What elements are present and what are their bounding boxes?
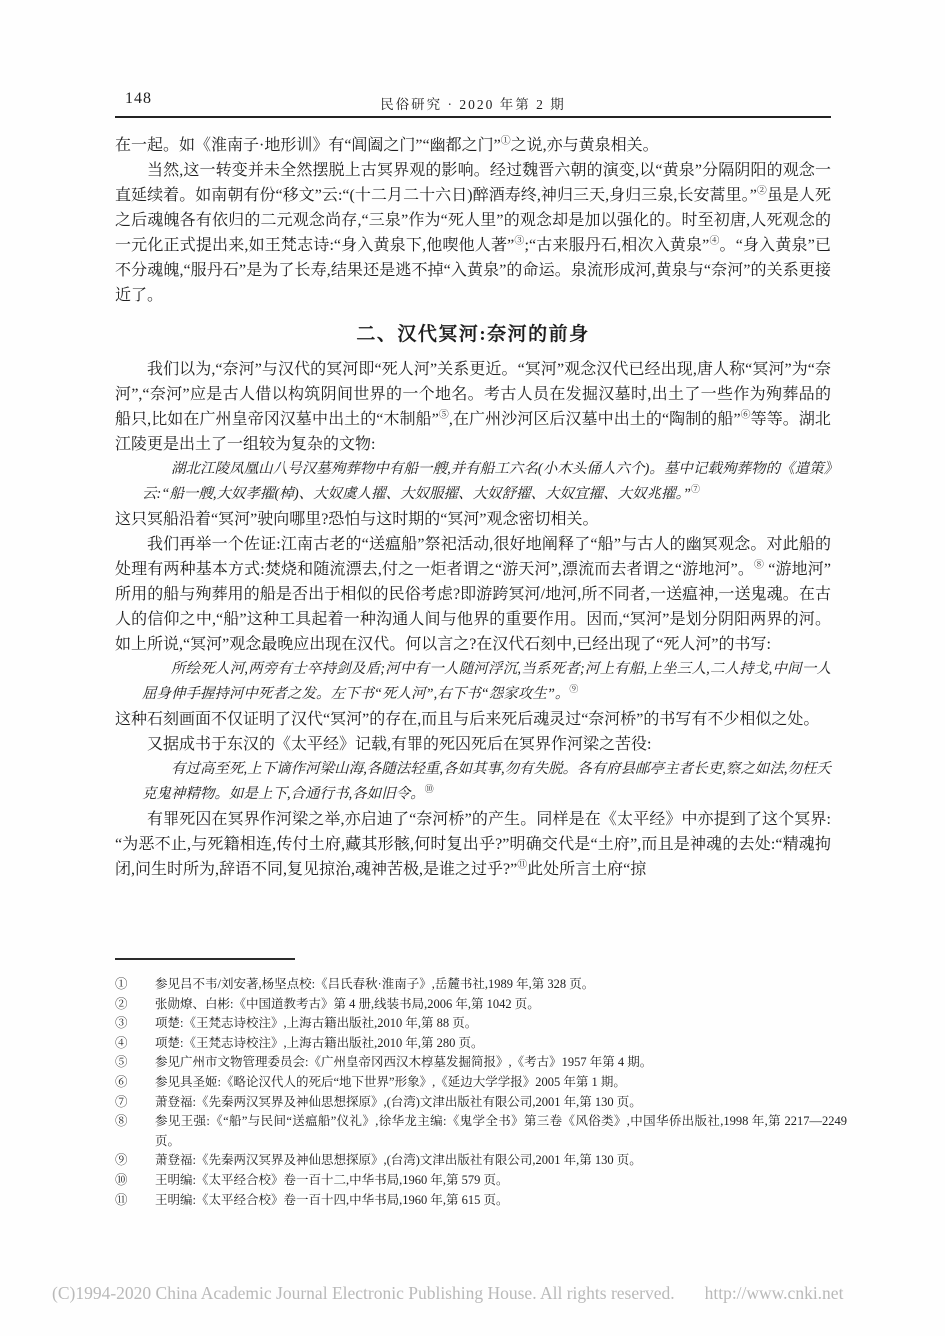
footnote-section: ①参见吕不韦/刘安著,杨坚点校:《吕氏春秋·淮南子》,岳麓书社,1989 年,第…	[115, 958, 847, 1210]
footnote-text: 张勋燎、白彬:《中国道教考古》第 4 册,线装书局,2006 年,第 1042 …	[155, 995, 847, 1015]
footnote-text: 王明编:《太平经合校》卷一百十四,中华书局,1960 年,第 615 页。	[155, 1191, 847, 1211]
running-header: 148 民俗研究 · 2020 年第 2 期	[115, 88, 831, 118]
footnote-number: ⑥	[115, 1073, 155, 1093]
footnote-number: ①	[115, 975, 155, 995]
journal-title: 民俗研究 · 2020 年第 2 期	[115, 93, 831, 113]
footnote-text: 项楚:《王梵志诗校注》,上海古籍出版社,2010 年,第 88 页。	[155, 1014, 847, 1034]
footnote-item: ⑧参见王强:《“船”与民间“送瘟船”仪礼》,徐华龙主编:《鬼学全书》第三卷《风俗…	[115, 1112, 847, 1151]
footnote-ref: ②	[757, 186, 767, 197]
footnote-text: 项楚:《王梵志诗校注》,上海古籍出版社,2010 年,第 280 页。	[155, 1034, 847, 1054]
footnote-number: ⑤	[115, 1053, 155, 1073]
copyright-text: (C)1994-2020 China Academic Journal Elec…	[52, 1283, 675, 1304]
footnote-number: ⑦	[115, 1093, 155, 1113]
footnote-text: 参见广州市文物管理委员会:《广州皇帝冈西汉木椁墓发掘简报》,《考古》1957 年…	[155, 1053, 847, 1073]
paragraph: 这种石刻画面不仅证明了汉代“冥河”的存在,而且与后来死后魂灵过“奈河桥”的书写有…	[115, 707, 831, 732]
section-heading: 二、汉代冥河:奈河的前身	[115, 322, 831, 347]
article-body: 在一起。如《淮南子·地形训》有“阊阖之门”“幽都之门”①之说,亦与黄泉相关。当然…	[115, 133, 831, 882]
paragraph: 又据成书于东汉的《太平经》记载,有罪的死囚死后在冥界作河梁之苦役:	[115, 732, 831, 757]
footnote-ref: ⑧	[754, 560, 764, 571]
footnote-text: 萧登福:《先秦两汉冥界及神仙思想探原》,(台湾)文津出版社有限公司,2001 年…	[155, 1093, 847, 1113]
paragraph: 这只冥船沿着“冥河”驶向哪里?恐怕与这时期的“冥河”观念密切相关。	[115, 507, 831, 532]
footnote-number: ⑧	[115, 1112, 155, 1151]
footnote-item: ⑥参见具圣姬:《略论汉代人的死后“地下世界”形象》,《延边大学学报》2005 年…	[115, 1073, 847, 1093]
footnote-text: 王明编:《太平经合校》卷一百十二,中华书局,1960 年,第 579 页。	[155, 1171, 847, 1191]
footnote-ref: ⑨	[569, 684, 578, 694]
paragraph: 在一起。如《淮南子·地形训》有“阊阖之门”“幽都之门”①之说,亦与黄泉相关。	[115, 133, 831, 158]
paragraph: 我们再举一个佐证:江南古老的“送瘟船”祭祀活动,很好地阐释了“船”与古人的幽冥观…	[115, 532, 831, 657]
footnote-ref: ⑪	[517, 860, 527, 871]
footnote-ref: ⑩	[425, 784, 434, 794]
footnote-item: ③项楚:《王梵志诗校注》,上海古籍出版社,2010 年,第 88 页。	[115, 1014, 847, 1034]
footnote-item: ⑨萧登福:《先秦两汉冥界及神仙思想探原》,(台湾)文津出版社有限公司,2001 …	[115, 1151, 847, 1171]
footnote-text: 萧登福:《先秦两汉冥界及神仙思想探原》,(台湾)文津出版社有限公司,2001 年…	[155, 1151, 847, 1171]
footnote-item: ④项楚:《王梵志诗校注》,上海古籍出版社,2010 年,第 280 页。	[115, 1034, 847, 1054]
paragraph: 当然,这一转变并未全然摆脱上古冥界观的影响。经过魏晋六朝的演变,以“黄泉”分隔阴…	[115, 158, 831, 308]
footnote-separator	[115, 958, 295, 960]
footnote-ref: ③	[514, 236, 524, 247]
footnote-number: ⑪	[115, 1191, 155, 1211]
footnote-ref: ①	[501, 136, 511, 147]
footnote-list: ①参见吕不韦/刘安著,杨坚点校:《吕氏春秋·淮南子》,岳麓书社,1989 年,第…	[115, 975, 847, 1210]
footnote-text: 参见吕不韦/刘安著,杨坚点校:《吕氏春秋·淮南子》,岳麓书社,1989 年,第 …	[155, 975, 847, 995]
paragraph: 我们以为,“奈河”与汉代的冥河即“死人河”关系更近。“冥河”观念汉代已经出现,唐…	[115, 357, 831, 457]
journal-page: 148 民俗研究 · 2020 年第 2 期 在一起。如《淮南子·地形训》有“阊…	[0, 0, 945, 1336]
footnote-text: 参见王强:《“船”与民间“送瘟船”仪礼》,徐华龙主编:《鬼学全书》第三卷《风俗类…	[155, 1112, 847, 1151]
footnote-number: ④	[115, 1034, 155, 1054]
block-quote: 有过高至死,上下谪作河梁山海,各随法轻重,各如其事,勿有失脱。各有府县邮亭主者长…	[115, 757, 831, 807]
footnote-item: ①参见吕不韦/刘安著,杨坚点校:《吕氏春秋·淮南子》,岳麓书社,1989 年,第…	[115, 975, 847, 995]
footnote-ref: ⑤	[439, 410, 449, 421]
footnote-item: ⑪王明编:《太平经合校》卷一百十四,中华书局,1960 年,第 615 页。	[115, 1191, 847, 1211]
footnote-ref: ④	[709, 236, 719, 247]
footnote-number: ③	[115, 1014, 155, 1034]
footnote-ref: ⑥	[741, 410, 751, 421]
cnki-url: http://www.cnki.net	[705, 1283, 844, 1304]
footnote-ref: ⑦	[691, 484, 700, 494]
footnote-item: ⑤参见广州市文物管理委员会:《广州皇帝冈西汉木椁墓发掘简报》,《考古》1957 …	[115, 1053, 847, 1073]
page-footer: (C)1994-2020 China Academic Journal Elec…	[52, 1283, 912, 1304]
block-quote: 所绘死人河,两旁有士卒持剑及盾;河中有一人随河浮沉,当系死者;河上有船,上坐三人…	[115, 657, 831, 707]
footnote-item: ②张勋燎、白彬:《中国道教考古》第 4 册,线装书局,2006 年,第 1042…	[115, 995, 847, 1015]
paragraph: 有罪死囚在冥界作河梁之举,亦启迪了“奈河桥”的产生。同样是在《太平经》中亦提到了…	[115, 807, 831, 882]
footnote-text: 参见具圣姬:《略论汉代人的死后“地下世界”形象》,《延边大学学报》2005 年第…	[155, 1073, 847, 1093]
footnote-number: ⑨	[115, 1151, 155, 1171]
footnote-number: ⑩	[115, 1171, 155, 1191]
footnote-number: ②	[115, 995, 155, 1015]
footnote-item: ⑩王明编:《太平经合校》卷一百十二,中华书局,1960 年,第 579 页。	[115, 1171, 847, 1191]
footnote-item: ⑦萧登福:《先秦两汉冥界及神仙思想探原》,(台湾)文津出版社有限公司,2001 …	[115, 1093, 847, 1113]
block-quote: 湖北江陵凤凰山八号汉墓殉葬物中有船一艘,并有船工六名(小木头俑人六个)。墓中记载…	[115, 457, 831, 507]
